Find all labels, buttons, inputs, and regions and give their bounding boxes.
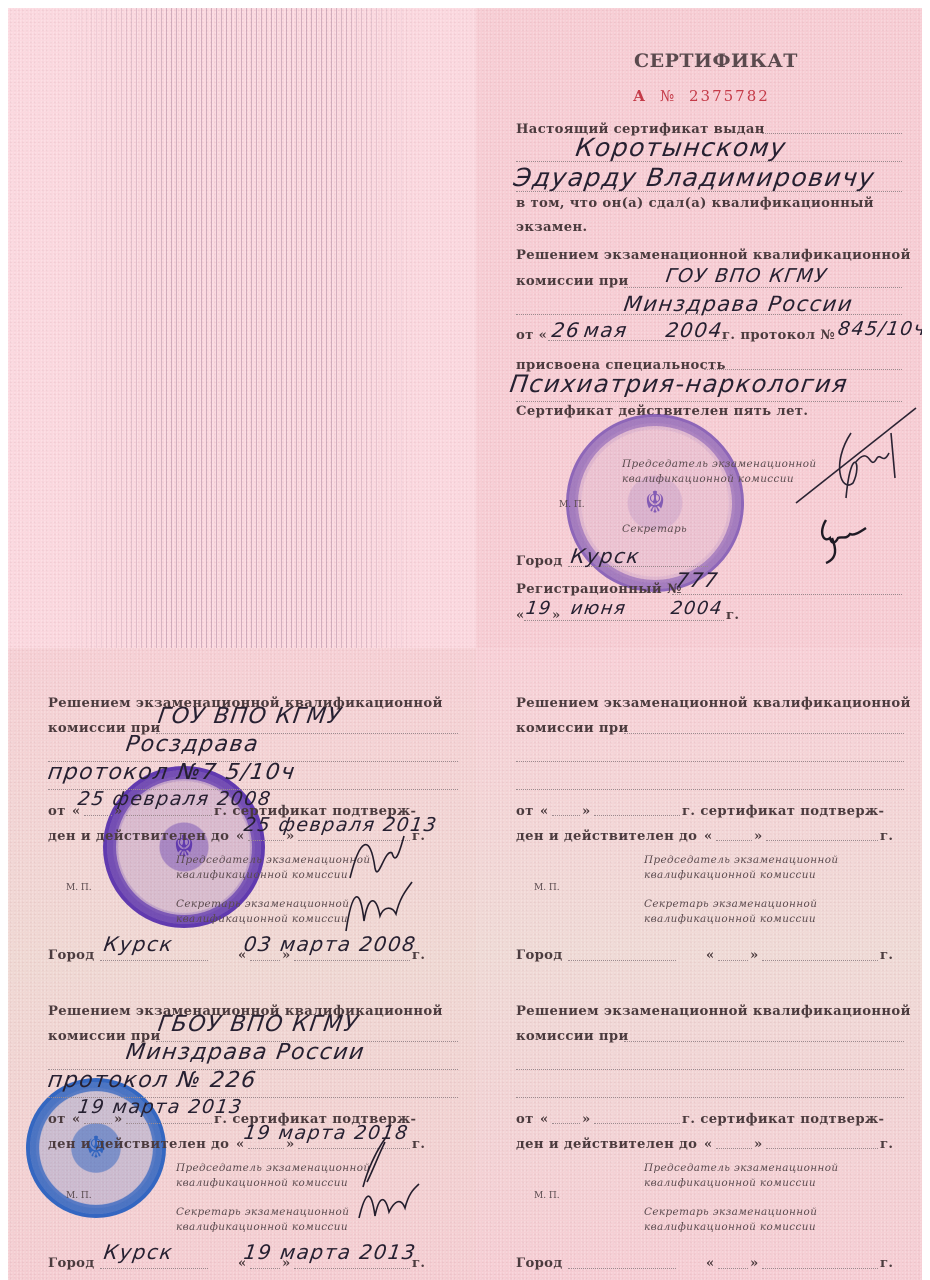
renewal-chair-label-2: квалификационной комиссии <box>644 869 816 881</box>
specialty-line-2 <box>516 400 902 402</box>
renewal-from-day-line <box>552 814 580 816</box>
renewal-until-day-line <box>248 1147 284 1149</box>
renewal-from-quote-close: » <box>582 804 591 819</box>
renewal-seal-label: М. П. <box>534 1191 560 1201</box>
renewal-seal-label: М. П. <box>66 883 92 893</box>
renewals-page-left: ☬☬ Решением экзаменационной квалификацио… <box>8 648 476 1280</box>
renewal-chair-label-2: квалификационной комиссии <box>176 869 348 881</box>
renewal-seal-label: М. П. <box>534 883 560 893</box>
renewal-from-day-line <box>84 1122 112 1124</box>
renewal-sign-quote-close: » <box>750 1256 759 1271</box>
issue-day: 19 <box>525 598 554 619</box>
issue-year-suffix: г. <box>726 608 739 623</box>
double-headed-eagle-icon: ☬ <box>644 486 665 521</box>
renewal-commission-line-1 <box>624 1040 904 1042</box>
serial-number-sign: № <box>660 87 676 105</box>
renewal-from-label: от <box>516 804 534 819</box>
protocol-label: г. протокол № <box>722 328 835 343</box>
renewal-commission-name-1: ГБОУ ВПО КГМУ <box>156 1012 360 1037</box>
renewal-sign-day-line <box>250 1267 280 1269</box>
renewal-until-quote-open: « <box>704 1137 713 1152</box>
renewal-commission-name-1: ГОУ ВПО КГМУ <box>156 704 344 729</box>
chair-label-1: Председатель экзаменационной <box>622 458 817 470</box>
secretary-signature <box>816 508 886 568</box>
serial-series: А <box>633 87 647 105</box>
renewal-confirmed-2: ден и действителен до <box>516 1137 697 1152</box>
renewal-chair-label-1: Председатель экзаменационной <box>644 854 839 866</box>
renewal-secretary-label-2: квалификационной комиссии <box>644 1221 816 1233</box>
renewal-confirmed-1: г. сертификат подтверж- <box>682 804 884 819</box>
date-day: 26 <box>550 318 582 342</box>
renewal-secretary-label-1: Секретарь экзаменационной <box>176 1206 349 1218</box>
renewal-until-day-line <box>716 839 752 841</box>
renewal-from-quote-open: « <box>540 804 549 819</box>
renewal-until-line <box>766 1147 878 1149</box>
renewal-from-label: от <box>48 804 66 819</box>
holder-surname: Коротынскому <box>574 133 789 162</box>
renewal-until-year-suffix: г. <box>412 1137 425 1152</box>
renewal-chair-label-2: квалификационной комиссии <box>176 1177 348 1189</box>
renewal-commission-line-2 <box>516 1068 904 1070</box>
renewal-sign-date: 19 марта 2013 <box>242 1240 418 1264</box>
renewal-protocol: протокол №7 5/10ч <box>46 760 297 785</box>
holder-line-1 <box>516 160 902 162</box>
renewal-until-year-suffix: г. <box>880 829 893 844</box>
city-value: Курск <box>569 544 642 568</box>
commission-name-2: Минздрава России <box>622 292 855 316</box>
renewal-sign-day-line <box>718 1267 748 1269</box>
renewal-secretary-label-1: Секретарь экзаменационной <box>176 898 349 910</box>
renewal-commission-name-2: Минздрава России <box>124 1040 366 1065</box>
renewal-sign-quote-open: « <box>706 1256 715 1271</box>
holder-name: Эдуарду Владимировичу <box>512 163 877 192</box>
renewal-decision-label: Решением экзаменационной квалификационно… <box>516 696 911 711</box>
renewal-commission-line-2 <box>516 760 904 762</box>
issue-month: июня <box>570 598 628 619</box>
renewal-secretary-label-2: квалификационной комиссии <box>176 913 348 925</box>
certificate-main-page: СЕРТИФИКАТ А № 2375782 Настоящий сертифи… <box>476 8 922 648</box>
secretary-signature-renewal-1 <box>338 876 418 936</box>
renewal-secretary-label-2: квалификационной комиссии <box>176 1221 348 1233</box>
city-label: Город <box>516 554 562 569</box>
renewal-sign-line <box>294 1267 410 1269</box>
renewal-until-year-suffix: г. <box>412 829 425 844</box>
secretary-signature-renewal-2 <box>353 1178 423 1223</box>
seal-label: М. П. <box>559 500 585 510</box>
renewal-commission-label: комиссии при <box>516 721 629 736</box>
renewal-chair-label-2: квалификационной комиссии <box>644 1177 816 1189</box>
issue-date-line <box>524 619 724 621</box>
renewal-until-day-line <box>716 1147 752 1149</box>
serial-number: 2375782 <box>689 87 770 105</box>
commission-name-1: ГОУ ВПО КГМУ <box>664 265 829 287</box>
certificate-serial: А № 2375782 <box>633 87 770 105</box>
renewal-confirmed-2: ден и действителен до <box>48 829 229 844</box>
renewal-from-label: от <box>48 1112 66 1127</box>
renewals-page-right: Решением экзаменационной квалификационно… <box>476 648 922 1280</box>
renewal-secretary-label-1: Секретарь экзаменационной <box>644 1206 817 1218</box>
renewal-block-4: Решением экзаменационной квалификационно… <box>476 956 922 1256</box>
chair-label-2: квалификационной комиссии <box>622 473 794 485</box>
renewal-secretary-label-1: Секретарь экзаменационной <box>644 898 817 910</box>
renewal-from-line <box>126 814 212 816</box>
renewal-sign-line <box>762 1267 878 1269</box>
renewal-from-day-line <box>552 1122 580 1124</box>
renewal-secretary-label-2: квалификационной комиссии <box>644 913 816 925</box>
renewal-block-3: Решением экзаменационной квалификационно… <box>476 648 922 948</box>
certificate-title: СЕРТИФИКАТ <box>634 50 798 72</box>
renewal-city: Курск <box>102 932 175 956</box>
renewal-until-quote-close: » <box>754 1137 763 1152</box>
renewal-city-label: Город <box>516 1256 562 1271</box>
date-year: 2004 <box>664 318 724 342</box>
renewal-city-line <box>568 1267 676 1269</box>
renewal-confirmed-2: ден и действителен до <box>516 829 697 844</box>
renewal-commission-label: комиссии при <box>516 1029 629 1044</box>
secretary-label: Секретарь <box>622 523 687 535</box>
renewal-city-line <box>100 1267 208 1269</box>
guilloche-pattern <box>64 8 420 648</box>
renewal-sign-year-suffix: г. <box>412 1256 425 1271</box>
renewal-until-year-suffix: г. <box>880 1137 893 1152</box>
renewal-from-line <box>594 1122 680 1124</box>
exam-word: экзамен. <box>516 220 587 235</box>
protocol-number: 845/10ч <box>836 318 922 340</box>
renewal-confirmed-2: ден и действителен до <box>48 1137 229 1152</box>
reg-line <box>672 593 902 595</box>
renewal-from-label: от <box>516 1112 534 1127</box>
renewal-commission-line-3 <box>516 1096 904 1098</box>
renewal-seal-label: М. П. <box>66 1191 92 1201</box>
renewal-from-day-line <box>84 814 112 816</box>
issue-year: 2004 <box>670 598 725 619</box>
renewal-from-line <box>594 814 680 816</box>
renewal-confirmed-1: г. сертификат подтверж- <box>682 1112 884 1127</box>
renewal-sign-year-suffix: г. <box>880 1256 893 1271</box>
renewal-commission-line-3 <box>516 788 904 790</box>
date-month: мая <box>582 318 629 342</box>
chair-signature <box>791 403 921 513</box>
exam-passed-text: в том, что он(а) сдал(а) квалификационны… <box>516 196 874 211</box>
decision-label: Решением экзаменационной квалификационно… <box>516 248 911 263</box>
renewal-from-line <box>126 1122 212 1124</box>
renewal-city-label: Город <box>48 1256 94 1271</box>
specialty-value: Психиатрия-наркология <box>508 370 850 398</box>
renewal-from-quote-close: » <box>582 1112 591 1127</box>
renewal-city: Курск <box>102 1240 175 1264</box>
renewal-until-quote-open: « <box>704 829 713 844</box>
renewal-until-line <box>766 839 878 841</box>
renewal-protocol: протокол № 226 <box>46 1068 258 1093</box>
holder-line-2 <box>516 190 902 192</box>
renewal-from-quote-open: « <box>540 1112 549 1127</box>
renewal-commission-name-2: Росздрава <box>124 732 261 757</box>
renewal-chair-label-1: Председатель экзаменационной <box>644 1162 839 1174</box>
renewal-until-day-line <box>248 839 284 841</box>
date-prefix: от « <box>516 328 547 343</box>
reg-label: Регистрационный № <box>516 582 682 597</box>
renewal-until-quote-close: » <box>754 829 763 844</box>
inner-cover-page <box>8 8 476 648</box>
renewal-decision-label: Решением экзаменационной квалификационно… <box>516 1004 911 1019</box>
commission-label: комиссии при <box>516 274 629 289</box>
reg-number: 777 <box>674 568 720 592</box>
renewal-chair-label-1: Председатель экзаменационной <box>176 1162 371 1174</box>
renewal-commission-line-1 <box>624 732 904 734</box>
